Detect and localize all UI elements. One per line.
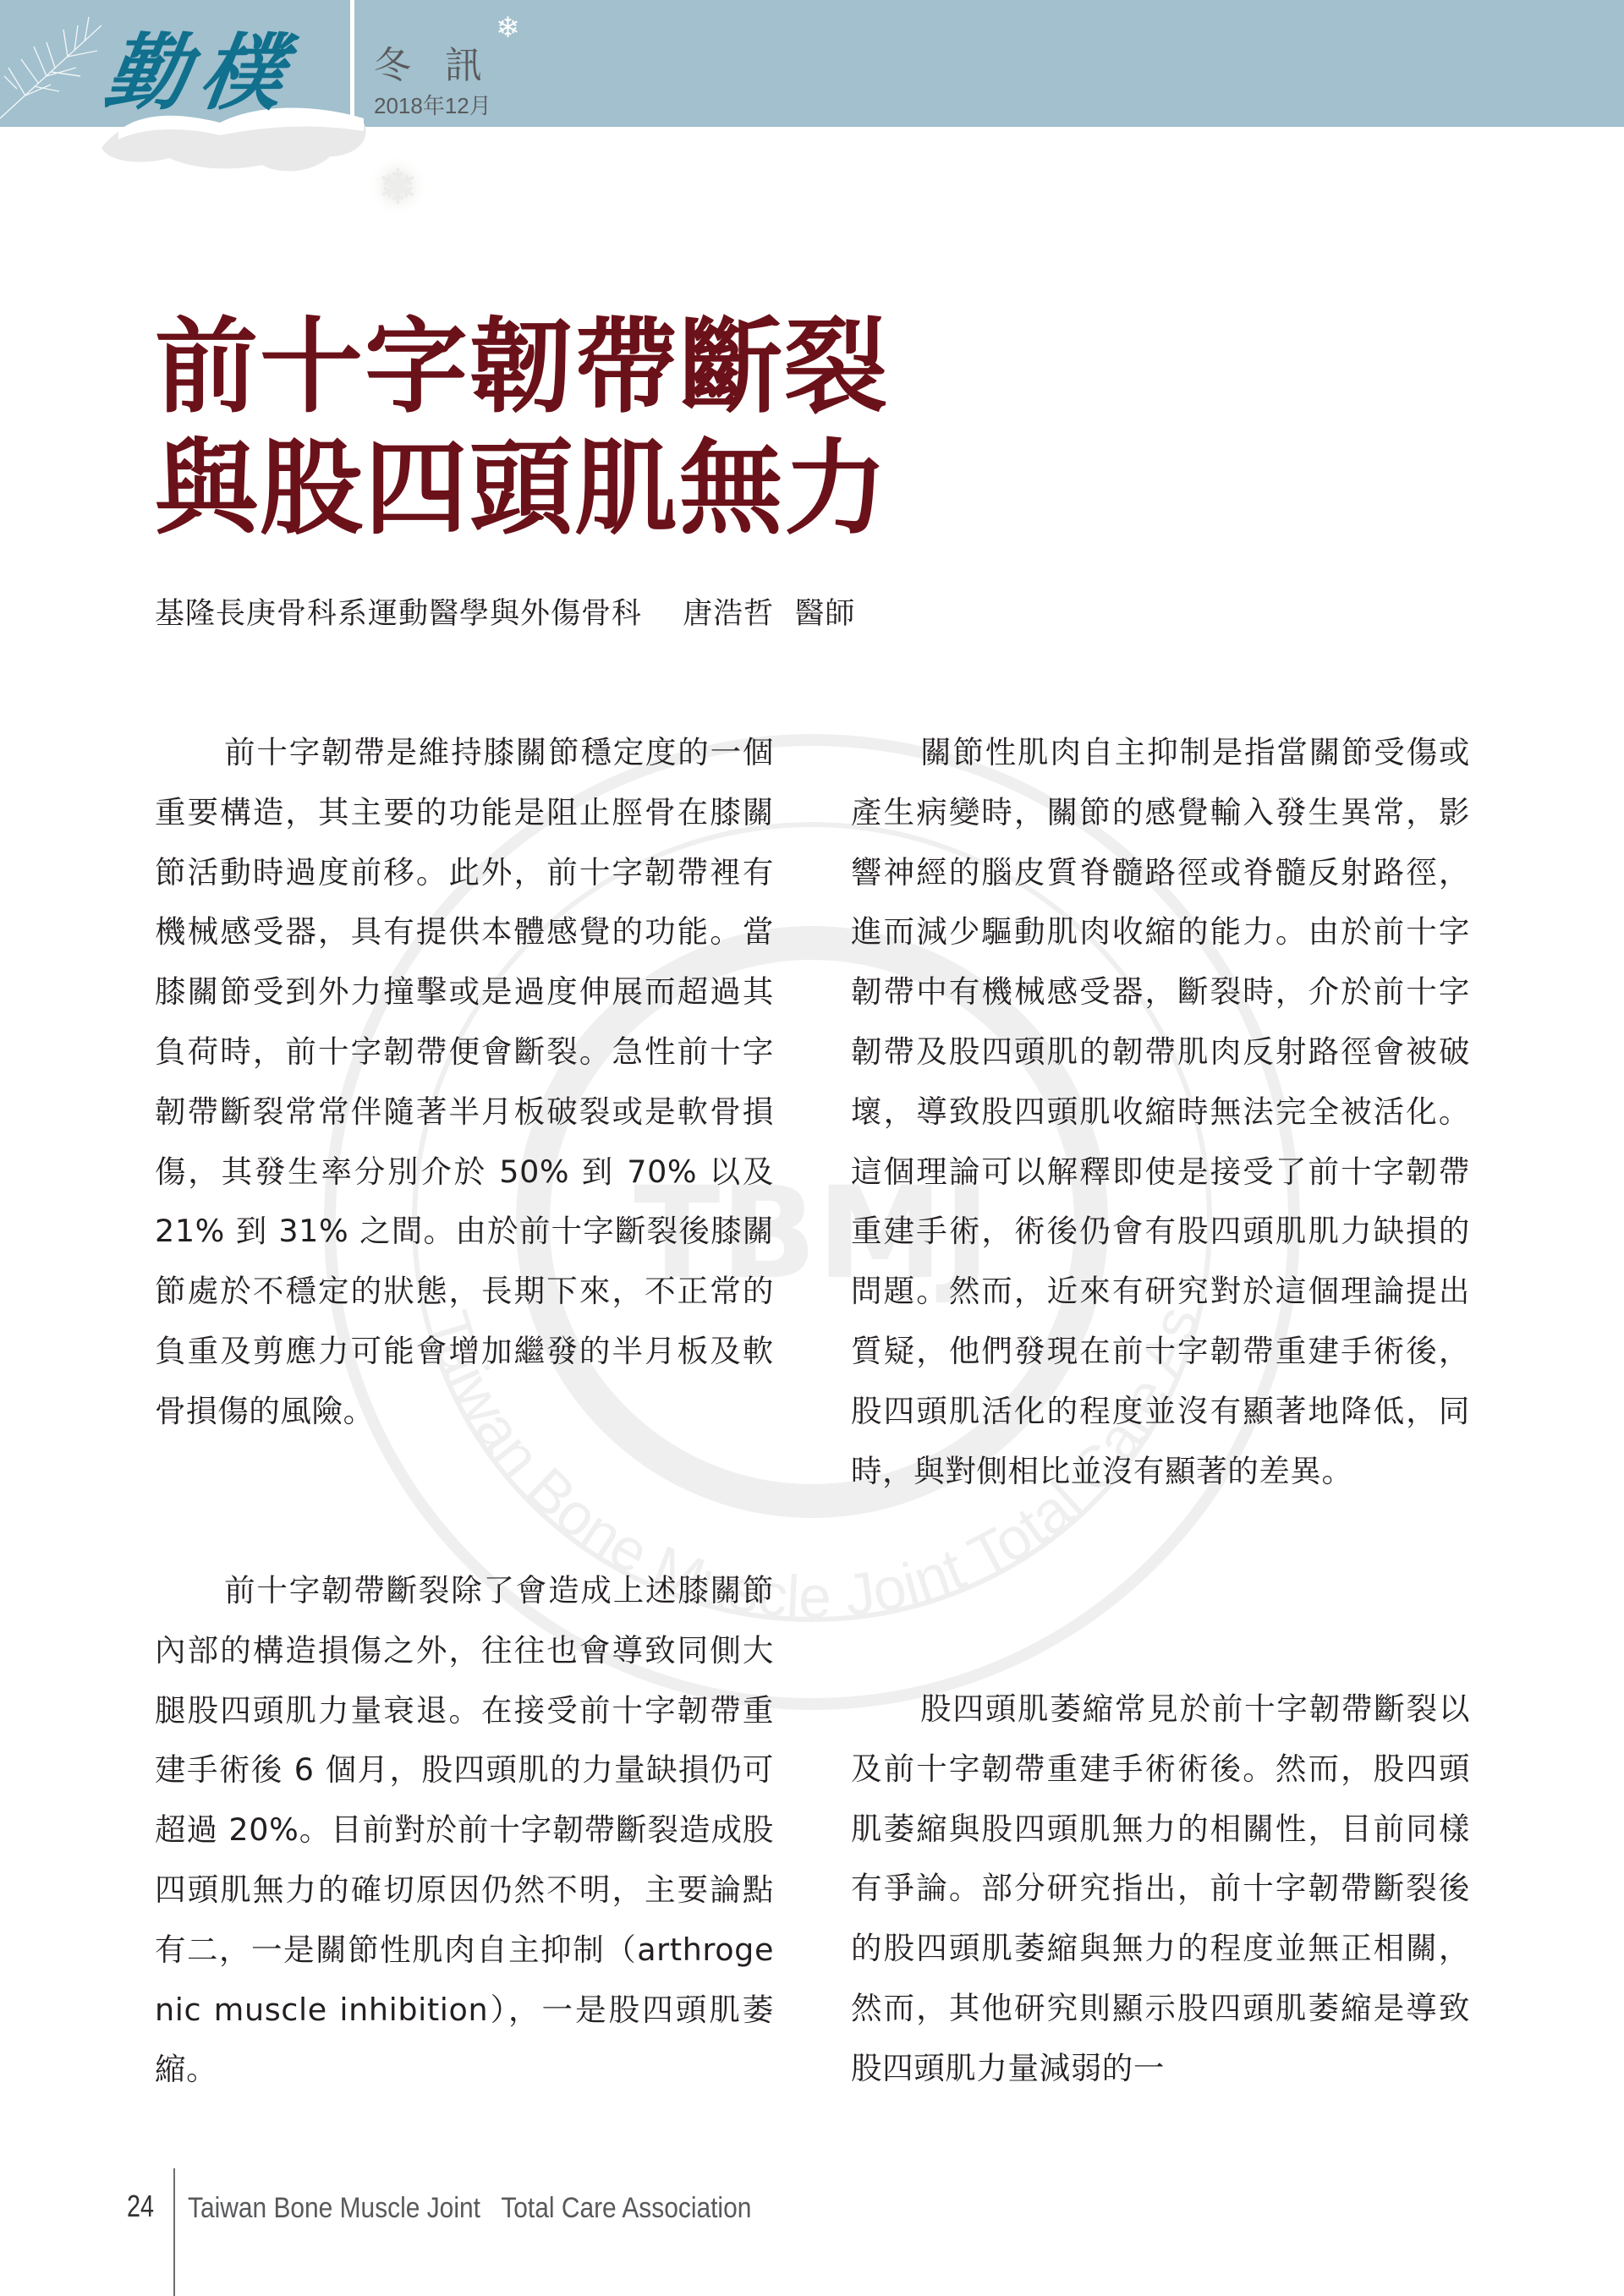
paragraph-arthrogenic-inhibition: 關節性肌肉自主抑制是指當關節受傷或產生病變時，關節的感覺輸入發生異常，影響神經的… [851, 723, 1470, 1501]
footer-divider [173, 2168, 175, 2296]
paragraph-quadriceps-atrophy: 股四頭肌萎縮常見於前十字韌帶斷裂以及前十字韌帶重建手術術後。然而，股四頭肌萎縮與… [851, 1680, 1470, 2099]
author-byline: 基隆長庚骨科系運動醫學與外傷骨科 唐浩哲 醫師 [155, 590, 855, 633]
article-title: 前十字韌帶斷裂 與股四頭肌無力 [155, 306, 889, 550]
snowflake-icon: ❄ [377, 162, 419, 211]
issue-title: 冬訊 [374, 47, 516, 85]
paragraph-quadriceps-weakness: 前十字韌帶斷裂除了會造成上述膝關節內部的構造損傷之外，往往也會導致同側大腿股四頭… [155, 1561, 774, 2100]
article-title-line-1: 前十字韌帶斷裂 [155, 306, 889, 428]
paragraph-acl-overview: 前十字韌帶是維持膝關節穩定度的一個重要構造，其主要的功能是阻止脛骨在膝關節活動時… [155, 723, 774, 1442]
page-number: 24 [127, 2189, 154, 2224]
article-title-line-2: 與股四頭肌無力 [155, 428, 889, 550]
magazine-logo: 勤樸 [100, 32, 301, 115]
snowflake-icon: ❄ [496, 14, 520, 42]
footer-organization: Taiwan Bone Muscle Joint Total Care Asso… [188, 2192, 751, 2225]
issue-date: 2018年12月 [374, 95, 491, 117]
